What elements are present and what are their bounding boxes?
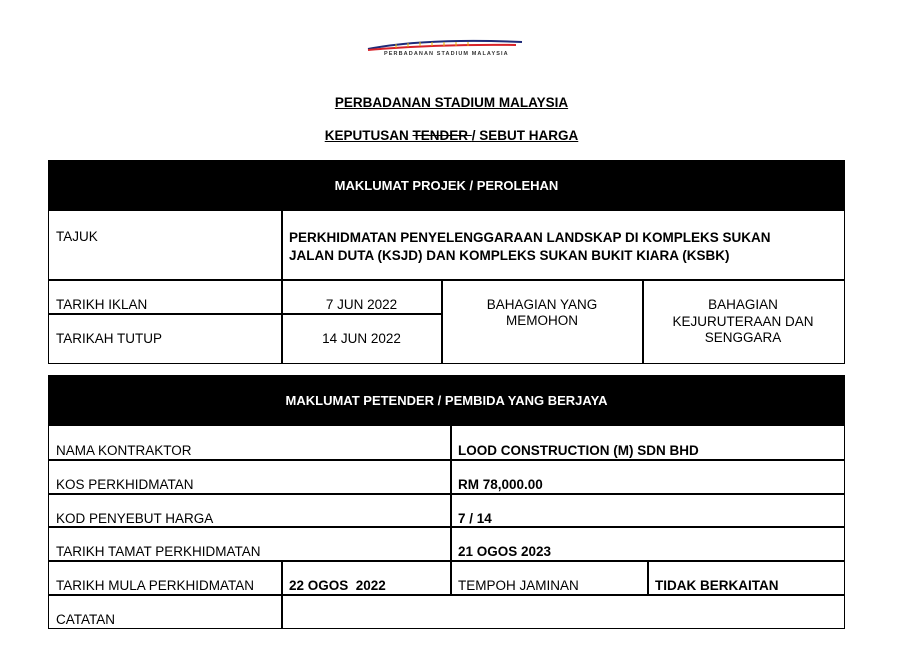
logo-text: PERBADANAN STADIUM MALAYSIA xyxy=(384,51,509,57)
document-title: PERBADANAN STADIUM MALAYSIA xyxy=(0,95,903,110)
winner-info-heading: MAKLUMAT PETENDER / PEMBIDA YANG BERJAYA xyxy=(49,376,844,426)
bahagian-value-line-3: SENGGARA xyxy=(650,330,836,347)
bahagian-label-line-1: BAHAGIAN YANG xyxy=(449,297,635,313)
divider xyxy=(49,560,844,562)
divider xyxy=(49,279,844,281)
tempoh-jaminan-value: TIDAK BERKAITAN xyxy=(648,578,844,593)
bahagian-memohon-label: BAHAGIAN YANG MEMOHON xyxy=(442,297,642,329)
tajuk-label: TAJUK xyxy=(49,229,281,244)
winner-heading-text: MAKLUMAT PETENDER / PEMBIDA YANG BERJAYA xyxy=(286,393,608,408)
psm-logo: PERBADANAN STADIUM MALAYSIA xyxy=(366,36,526,62)
divider xyxy=(49,526,844,528)
subtitle-struck-word: TENDER xyxy=(412,128,471,143)
winner-info-table: MAKLUMAT PETENDER / PEMBIDA YANG BERJAYA… xyxy=(48,375,845,629)
divider xyxy=(49,313,441,315)
catatan-label: CATATAN xyxy=(49,612,281,627)
kos-perkhidmatan-label: KOS PERKHIDMATAN xyxy=(49,477,449,492)
kos-perkhidmatan-value: RM 78,000.00 xyxy=(451,477,845,492)
project-info-heading: MAKLUMAT PROJEK / PEROLEHAN xyxy=(49,161,844,211)
project-heading-text: MAKLUMAT PROJEK / PEROLEHAN xyxy=(335,178,559,193)
tarikh-iklan-value: 7 JUN 2022 xyxy=(282,297,441,312)
tarikh-tamat-label: TARIKH TAMAT PERKHIDMATAN xyxy=(49,544,449,559)
project-info-table: MAKLUMAT PROJEK / PEROLEHAN TAJUK PERKHI… xyxy=(48,160,845,364)
kod-penyebut-harga-value: 7 / 14 xyxy=(451,511,845,526)
subtitle-suffix: / SEBUT HARGA xyxy=(472,128,579,143)
nama-kontraktor-label: NAMA KONTRAKTOR xyxy=(49,443,449,458)
tajuk-line-2: JALAN DUTA (KSJD) DAN KOMPLEKS SUKAN BUK… xyxy=(289,247,837,265)
tarikh-tamat-value: 21 OGOS 2023 xyxy=(451,544,845,559)
tarikh-tutup-value: 14 JUN 2022 xyxy=(282,331,441,346)
tarikh-iklan-label: TARIKH IKLAN xyxy=(49,297,281,312)
tarikh-mula-label: TARIKH MULA PERKHIDMATAN xyxy=(49,578,281,593)
tempoh-jaminan-label: TEMPOH JAMINAN xyxy=(451,578,647,593)
nama-kontraktor-value: LOOD CONSTRUCTION (M) SDN BHD xyxy=(451,443,845,458)
subtitle-prefix: KEPUTUSAN xyxy=(325,128,413,143)
divider xyxy=(49,459,844,461)
logo-swoosh-icon xyxy=(366,36,526,52)
tarikh-mula-value: 22 OGOS 2022 xyxy=(282,578,450,593)
kod-penyebut-harga-label: KOD PENYEBUT HARGA xyxy=(49,511,449,526)
divider xyxy=(49,594,844,596)
divider xyxy=(49,493,844,495)
bahagian-label-line-2: MEMOHON xyxy=(449,313,635,329)
tajuk-line-1: PERKHIDMATAN PENYELENGGARAAN LANDSKAP DI… xyxy=(289,229,837,247)
tajuk-value: PERKHIDMATAN PENYELENGGARAAN LANDSKAP DI… xyxy=(282,229,844,265)
divider xyxy=(281,560,283,628)
document-subtitle: KEPUTUSAN TENDER / SEBUT HARGA xyxy=(0,128,903,143)
tarikh-tutup-label: TARIKAH TUTUP xyxy=(49,331,281,346)
bahagian-memohon-value: BAHAGIAN KEJURUTERAAN DAN SENGGARA xyxy=(643,297,843,347)
bahagian-value-line-1: BAHAGIAN xyxy=(650,297,836,314)
bahagian-value-line-2: KEJURUTERAAN DAN xyxy=(650,314,836,331)
